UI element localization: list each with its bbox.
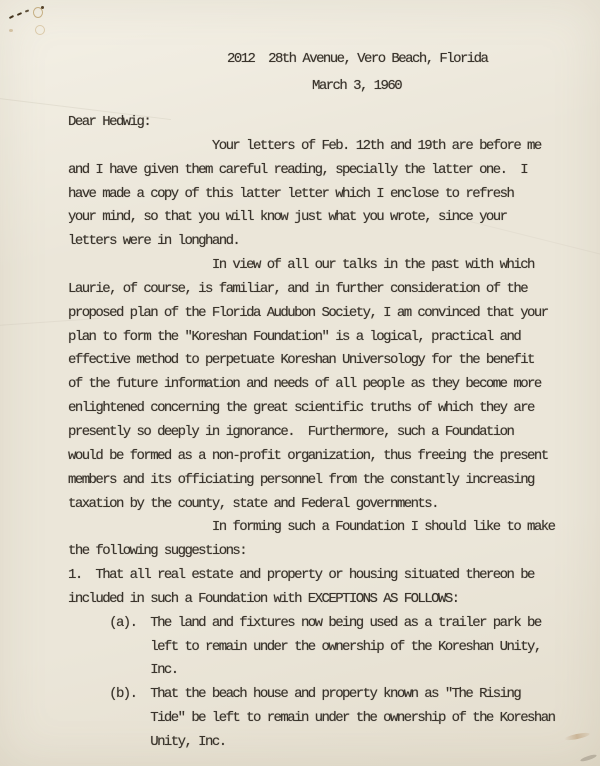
paragraph-suggestions-intro: In forming such a Foundation I should li…: [68, 516, 593, 564]
rust-ring-mark: [33, 7, 43, 18]
paragraph-opening: Your letters of Feb. 12th and 19th are b…: [68, 135, 593, 254]
rust-ring-mark: [35, 25, 45, 35]
corner-smudge-mark: [580, 753, 597, 762]
pencil-dash-mark: [25, 9, 29, 12]
letter-body: Dear Hedwig: Your letters of Feb. 12th a…: [68, 111, 593, 755]
letter-page: 2012 28th Avenue, Vero Beach, Florida Ma…: [0, 0, 600, 766]
list-item-a: (a). The land and fixtures now being use…: [68, 612, 593, 684]
sender-address-line: 2012 28th Avenue, Vero Beach, Florida: [227, 48, 487, 72]
letter-date-line: March 3, 1960: [312, 75, 401, 99]
salutation-line: Dear Hedwig:: [68, 111, 593, 135]
paragraph-foundation-plan: In view of all our talks in the past wit…: [68, 254, 593, 516]
list-item-1: 1. That all real estate and property or …: [68, 564, 593, 612]
pencil-dash-mark: [9, 15, 14, 19]
rust-speck-mark: [9, 29, 13, 32]
list-item-b: (b). That the beach house and property k…: [68, 683, 593, 755]
pencil-dash-mark: [17, 12, 22, 16]
